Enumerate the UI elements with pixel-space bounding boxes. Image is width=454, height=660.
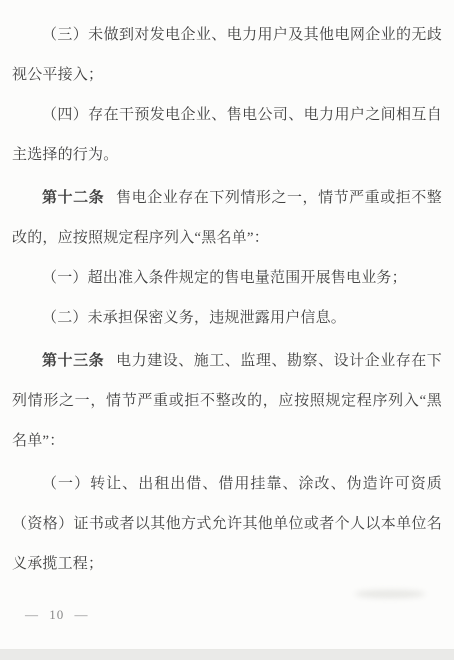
list-item-paragraph: （一）超出准入条件规定的售电量范围开展售电业务； — [12, 258, 442, 298]
list-item-paragraph: （四）存在干预发电企业、售电公司、电力用户之间相互自主选择的行为。 — [12, 95, 442, 175]
paragraph-text: （四）存在干预发电企业、售电公司、电力用户之间相互自主选择的行为。 — [12, 107, 442, 163]
article-number: 第十三条 — [42, 353, 104, 369]
document-body: （三）未做到对发电企业、电力用户及其他电网企业的无歧视公平接入；（四）存在干预发… — [12, 15, 442, 584]
paragraph-text: （二）未承担保密义务，违规泄露用户信息。 — [42, 310, 346, 326]
list-item-paragraph: （二）未承担保密义务，违规泄露用户信息。 — [12, 298, 442, 338]
paragraph-text: （一）超出准入条件规定的售电量范围开展售电业务； — [42, 270, 407, 286]
page-number: — 10 — — [25, 607, 89, 623]
article-paragraph: 第十二条售电企业存在下列情形之一，情节严重或拒不整改的，应按照规定程序列入“黑名… — [12, 178, 442, 258]
article-paragraph: 第十三条电力建设、施工、监理、勘察、设计企业存在下列情形之一，情节严重或拒不整改… — [12, 341, 442, 461]
paragraph-text: （一）转让、出租出借、借用挂靠、涂改、伪造许可资质（资格）证书或者以其他方式允许… — [12, 476, 442, 572]
paragraph-text: （三）未做到对发电企业、电力用户及其他电网企业的无歧视公平接入； — [12, 27, 442, 83]
article-number: 第十二条 — [42, 190, 104, 206]
scan-edge-bottom — [0, 650, 454, 660]
scan-artifact — [355, 590, 425, 598]
list-item-paragraph: （三）未做到对发电企业、电力用户及其他电网企业的无歧视公平接入； — [12, 15, 442, 95]
list-item-paragraph: （一）转让、出租出借、借用挂靠、涂改、伪造许可资质（资格）证书或者以其他方式允许… — [12, 464, 442, 584]
